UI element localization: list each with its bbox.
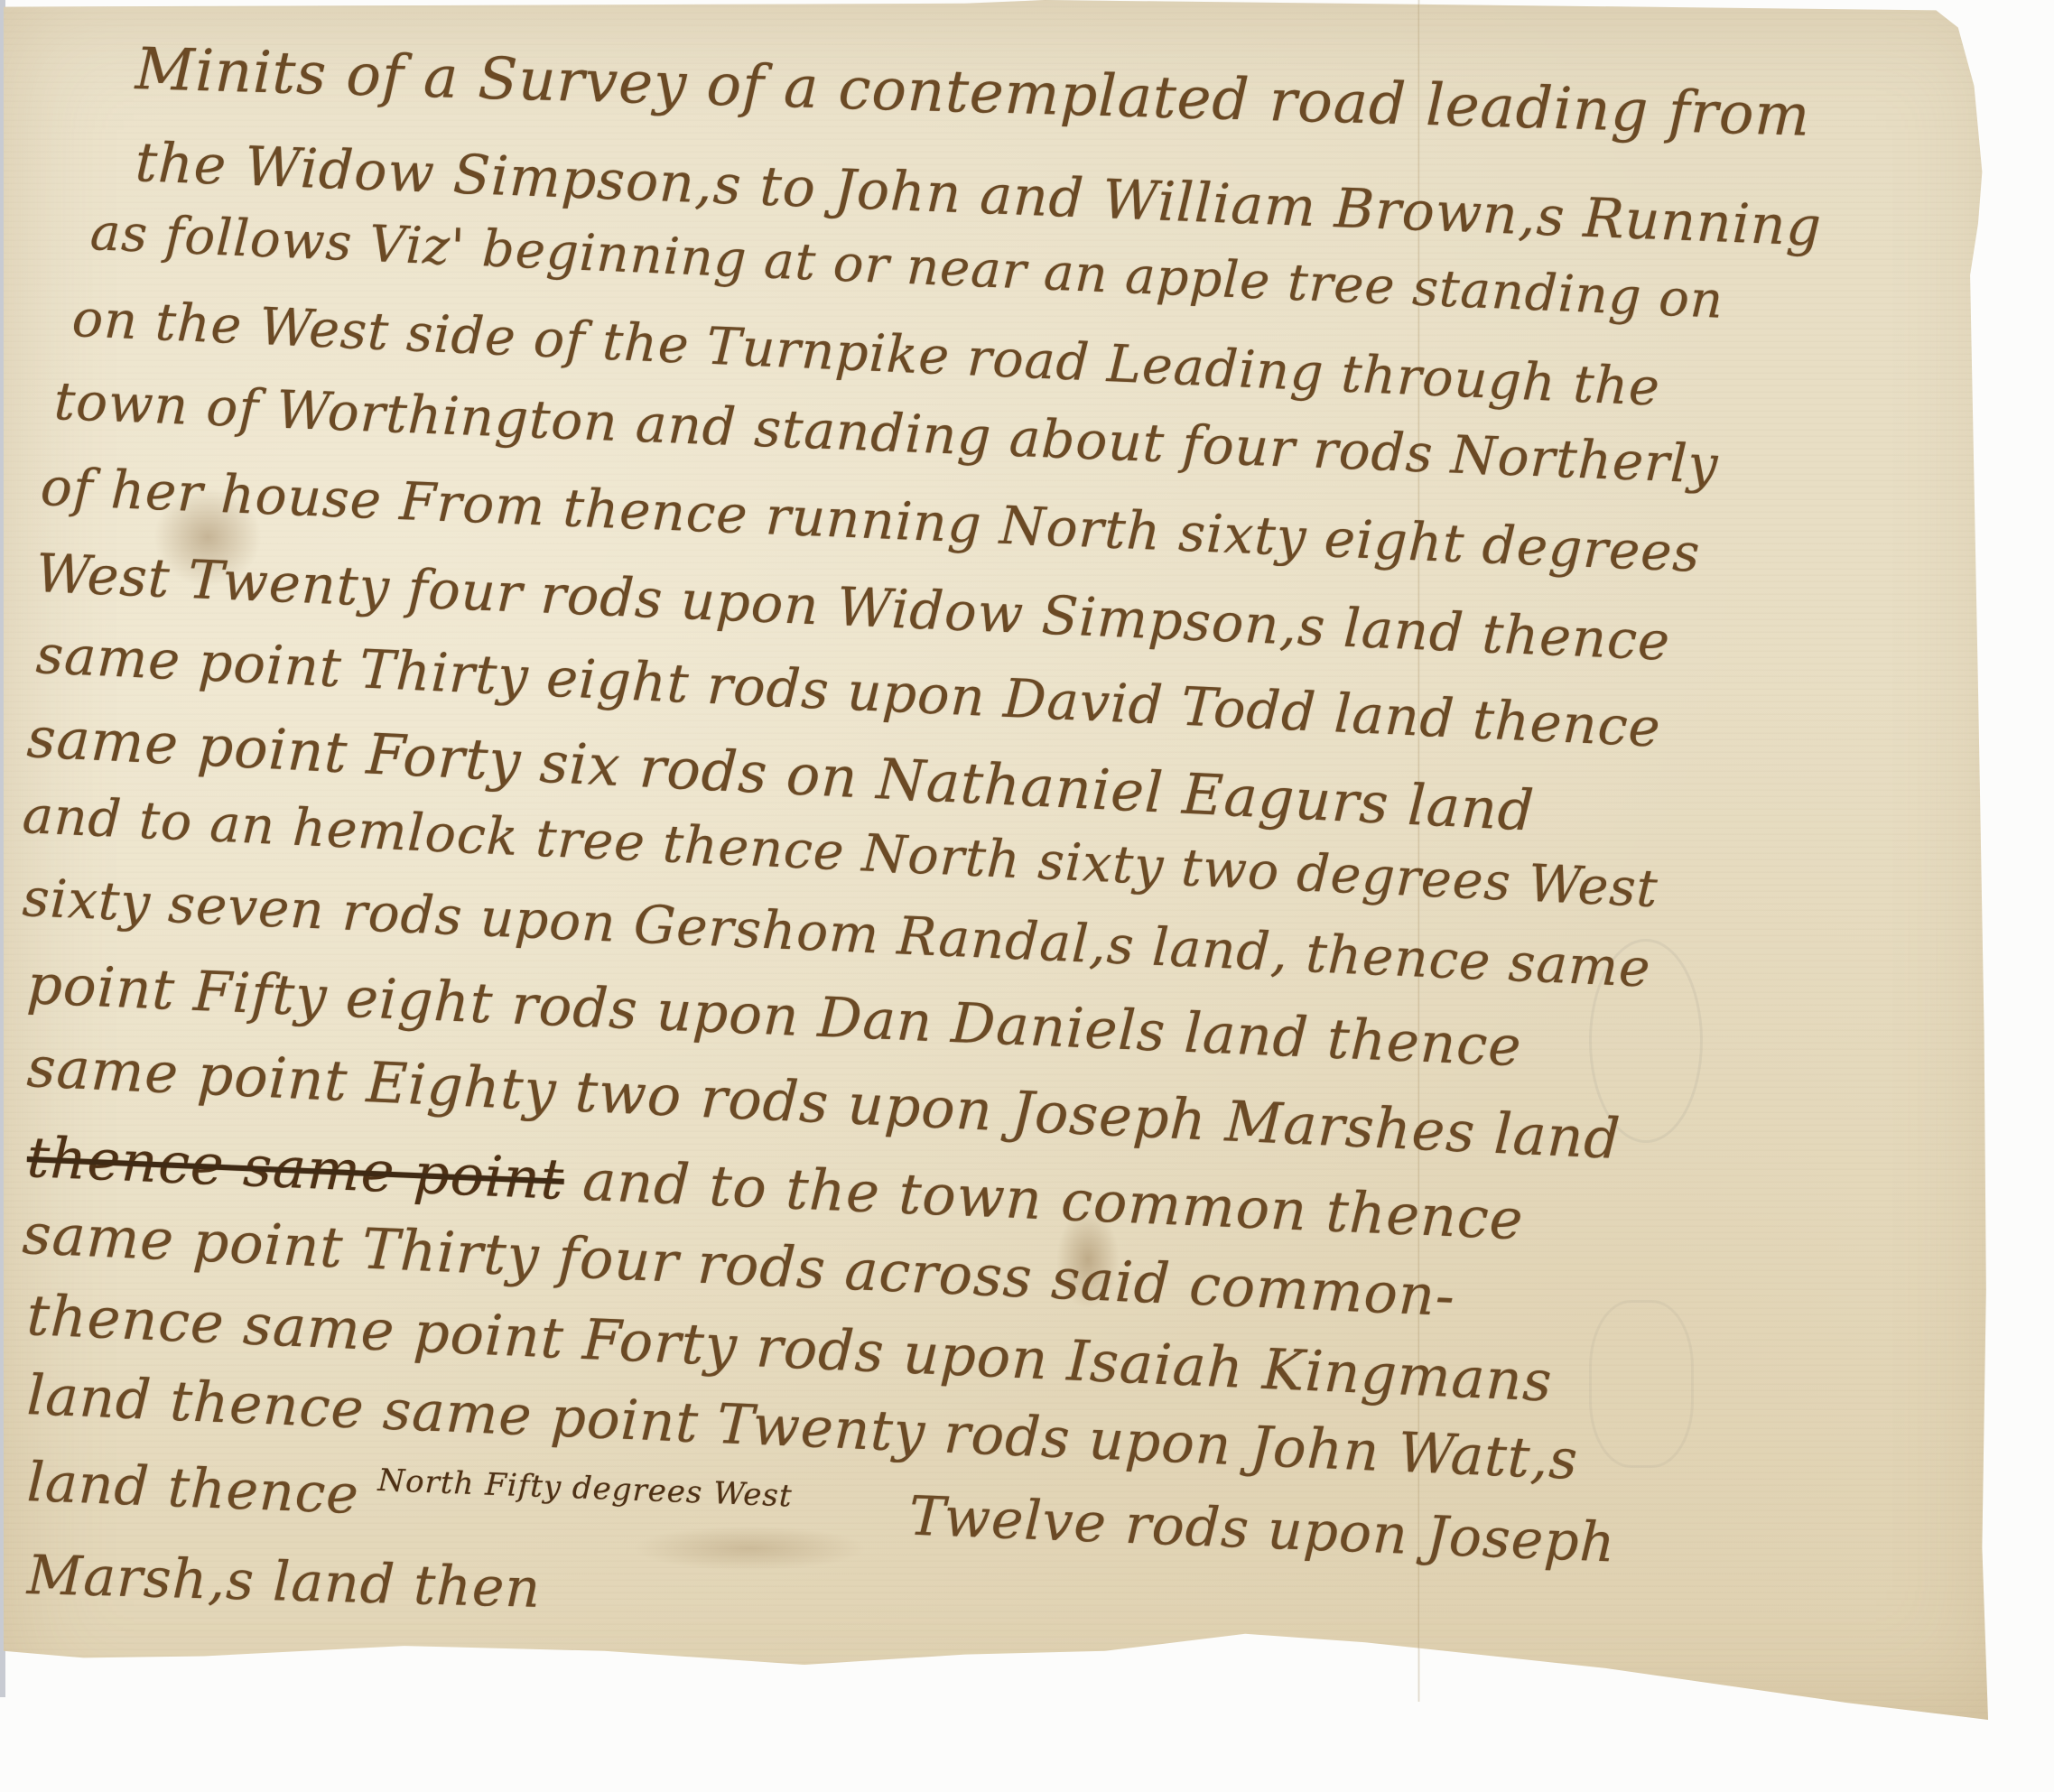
manuscript-line-1: Minits of a Survey of a contemplated roa… xyxy=(135,36,1811,150)
struck-text: thence same point xyxy=(25,1124,565,1212)
line-text: Twelve rods upon Joseph xyxy=(889,1484,1616,1575)
document-scan: Minits of a Survey of a contemplated roa… xyxy=(0,0,2054,1792)
interlined-insertion: North Fifty degrees West xyxy=(377,1462,794,1515)
line-text-pre: land thence xyxy=(26,1451,379,1527)
manuscript-text: Minits of a Survey of a contemplated roa… xyxy=(0,0,2054,1792)
manuscript-line-19: Marsh,s land then xyxy=(26,1544,542,1620)
